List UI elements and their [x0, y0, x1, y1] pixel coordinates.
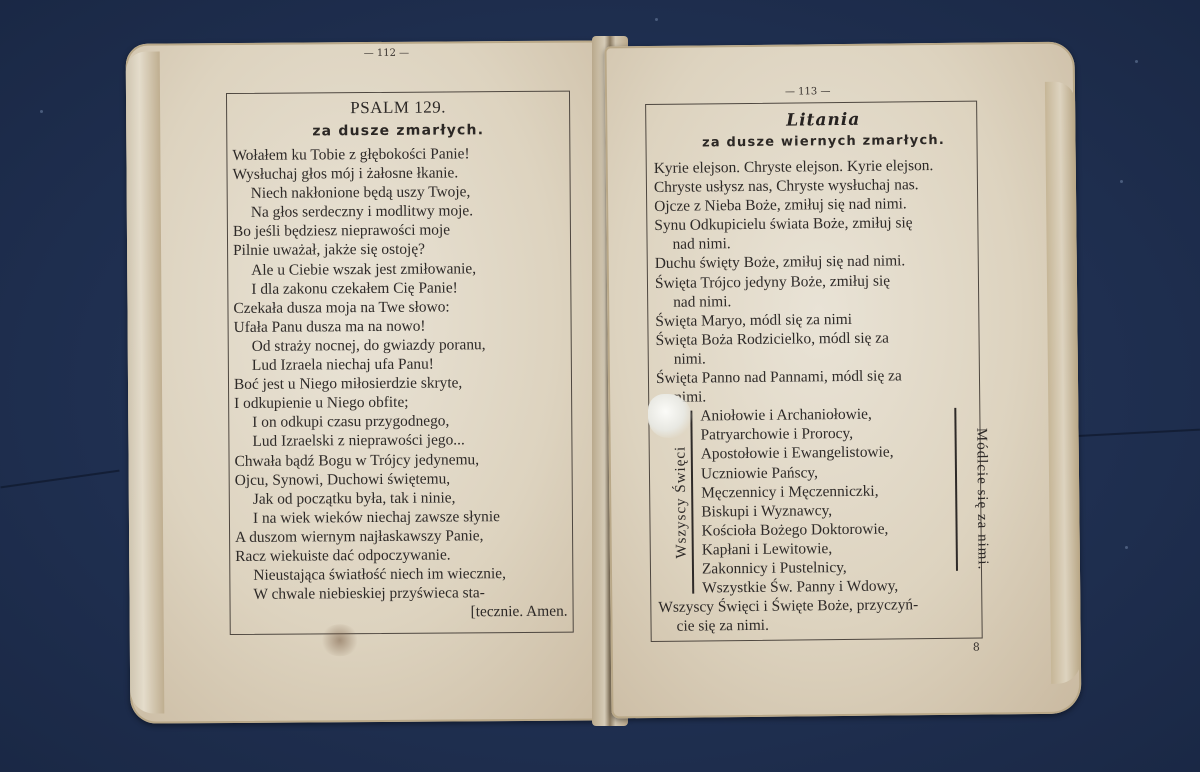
text-line: [tecznie. Amen. [236, 602, 568, 623]
saints-list-item: Męczennicy i Męczenniczki, [701, 480, 951, 502]
speck [655, 18, 658, 21]
page-edges [126, 51, 165, 713]
text-line: I na wiek wieków niechaj zawsze słynie [235, 506, 567, 527]
text-line: Jak od początku była, tak i ninie, [235, 487, 567, 508]
litany-subtitle: za dusze wiernych zmarłych. [653, 132, 993, 151]
text-line: W chwale niebieskiej przyświeca sta- [235, 583, 567, 604]
signature-mark: 8 [973, 641, 980, 654]
text-line: Wołałem ku Tobie z głębokości Panie! [232, 144, 564, 165]
saints-list-item: Uczniowie Pańscy, [701, 461, 951, 483]
text-line: Nieustająca światłość niech im wiecznie, [235, 564, 567, 585]
text-line: Wysłuchaj głos mój i żałosne łkanie. [232, 163, 564, 184]
psalm-subtitle: za dusze zmarłych. [232, 122, 564, 140]
open-prayer-book: — 112 — PSALM 129. za dusze zmarłych. Wo… [0, 0, 1200, 772]
saints-list-item: Biskupi i Wyznawcy, [701, 500, 951, 522]
page-edges [1045, 82, 1081, 684]
psalm-text: PSALM 129. za dusze zmarłych. Wołałem ku… [232, 97, 568, 624]
speck [1125, 546, 1128, 549]
text-line: I dla zakonu czekałem Cię Panie! [233, 277, 565, 298]
text-line: Niech nakłonione będą uszy Twoje, [233, 182, 565, 203]
page-number: — 113 — [785, 86, 831, 97]
saints-list-item: Kapłani i Lewitowie, [702, 538, 952, 560]
speck [40, 110, 43, 113]
text-line: Czekała dusza moja na Twe słowo: [233, 296, 565, 317]
page-number: — 112 — [364, 48, 410, 59]
saints-list-item: Kościoła Bożego Doktorowie, [701, 519, 951, 541]
text-line: cie się za nimi. [658, 614, 998, 637]
text-line: Od straży nocnej, do gwiazdy poranu, [234, 335, 566, 356]
text-line: Ufała Panu dusza ma na nowo! [234, 316, 566, 337]
psalm-verses: Wołałem ku Tobie z głębokości Panie!Wysł… [232, 144, 567, 624]
psalm-title: PSALM 129. [232, 97, 564, 119]
table-crack [0, 470, 119, 489]
saints-list-item: Patryarchowie i Prorocy, [700, 423, 950, 445]
speck [1135, 60, 1138, 63]
saints-list-item: Zakonnicy i Pustelnicy, [702, 557, 952, 579]
text-line: Ale u Ciebie wszak jest zmiłowanie, [233, 258, 565, 279]
saints-bracket-group: Wszyscy Święci Aniołowie i Archaniołowie… [700, 404, 952, 598]
text-line: Ojcu, Synowi, Duchowi świętemu, [235, 468, 567, 489]
text-line: Na głos serdeczny i modlitwy moje. [233, 201, 565, 222]
modlcie-sie-label: Módlcie się za nimi. [972, 428, 990, 571]
saints-list: Aniołowie i Archaniołowie,Patryarchowie … [700, 404, 952, 598]
binding-thread [648, 394, 692, 438]
text-line: Pilnie uważał, jakże się ostoję? [233, 239, 565, 260]
left-page: — 112 — PSALM 129. za dusze zmarłych. Wo… [126, 40, 623, 723]
speck [1120, 180, 1123, 183]
litany-invocations: Kyrie elejson. Chryste elejson. Kyrie el… [654, 155, 997, 407]
bracket-right-label: Módlcie się za nimi. [966, 404, 996, 595]
text-line: A duszom wiernym najłaskawszy Panie, [235, 526, 567, 547]
saints-list-item: Apostołowie i Ewangelistowie, [701, 442, 951, 464]
saints-list-item: Wszystkie Św. Panny i Wdowy, [702, 576, 952, 598]
stain [320, 624, 360, 656]
litany-closing: Wszyscy Święci i Święte Boże, przyczyń-c… [658, 595, 998, 637]
text-line: Lud Izraela niechaj ufa Panu! [234, 354, 566, 375]
litany-text: Litania za dusze wiernych zmarłych. Kyri… [653, 108, 998, 636]
text-line: Racz wiekuiste dać odpoczywanie. [235, 545, 567, 566]
text-line: I on odkupi czasu przygodnego, [234, 411, 566, 432]
saints-list-item: Aniołowie i Archaniołowie, [700, 404, 950, 426]
litany-title: Litania [653, 108, 993, 132]
text-line: Bo jeśli będziesz nieprawości moje [233, 220, 565, 241]
right-page: — 113 — Litania za dusze wiernych zmarły… [604, 42, 1081, 719]
text-line: Boć jest u Niego miłosierdzie skryte, [234, 373, 566, 394]
table-crack [1070, 429, 1200, 438]
text-line: I odkupienie u Niego obfite; [234, 392, 566, 413]
text-line: Chwała bądź Bogu w Trójcy jedynemu, [234, 449, 566, 470]
text-line: Lud Izraelski z nieprawości jego... [234, 430, 566, 451]
